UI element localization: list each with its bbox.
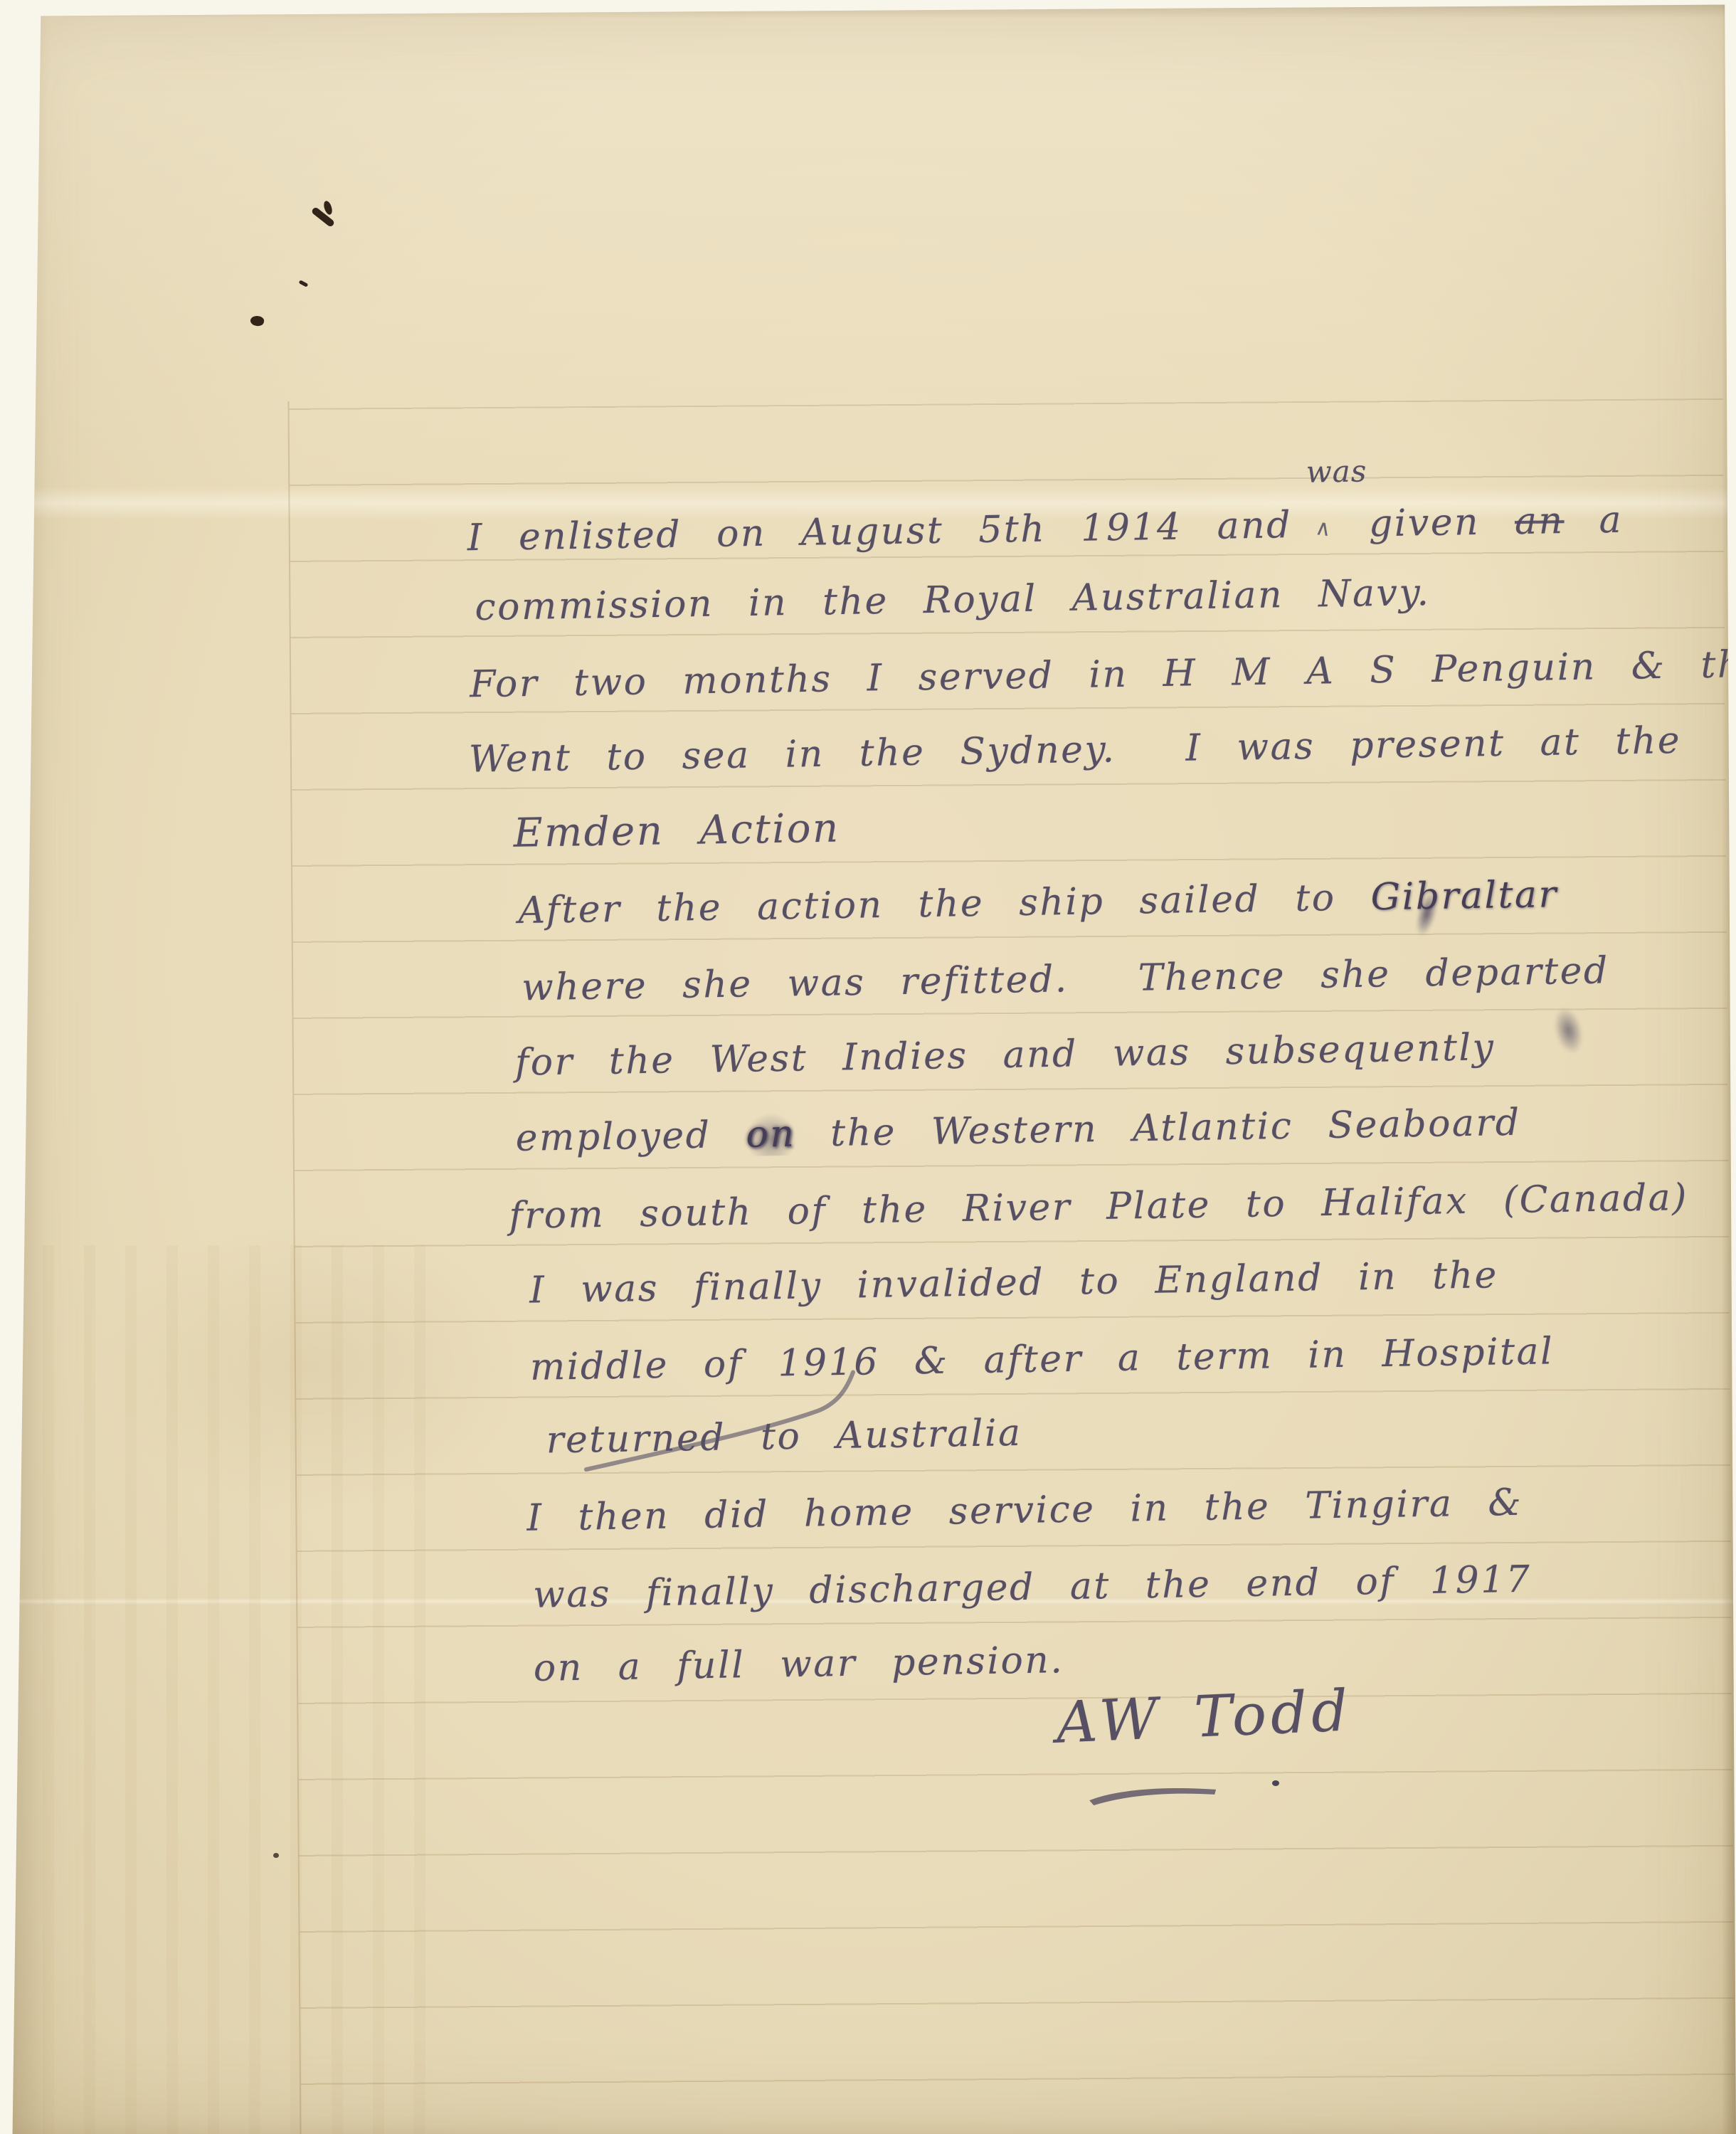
handwritten-line-13: returned to Australia [546, 1415, 1022, 1459]
insertion-point: was ∧ [1326, 500, 1334, 537]
paper-edge-shadow-top [0, 0, 1736, 19]
line9-text-before: employed [515, 1114, 711, 1160]
signature: AW Todd [1055, 1682, 1353, 1751]
paper-edge-shadow-left [0, 0, 50, 2134]
ink-blotted-word: on [746, 1113, 796, 1156]
paper-edge-shadow-right [1722, 0, 1736, 2134]
handwritten-line-16: on a full war pension. [534, 1642, 1064, 1687]
line1-text-after-insert: given [1368, 501, 1480, 545]
ink-speck [1272, 1780, 1279, 1786]
letter-paper: I enlisted on August 5th 1914 and was ∧ … [0, 0, 1736, 2134]
line1-text-end: a [1599, 499, 1623, 542]
ink-speck [273, 1853, 279, 1858]
struck-out-word: an [1515, 500, 1565, 543]
heavily-inked-word: Gibraltar [1370, 873, 1558, 919]
handwritten-line-5: Emden Action [513, 809, 840, 854]
caret-icon: ∧ [1314, 517, 1334, 541]
inserted-word-above-line: was [1306, 456, 1367, 487]
